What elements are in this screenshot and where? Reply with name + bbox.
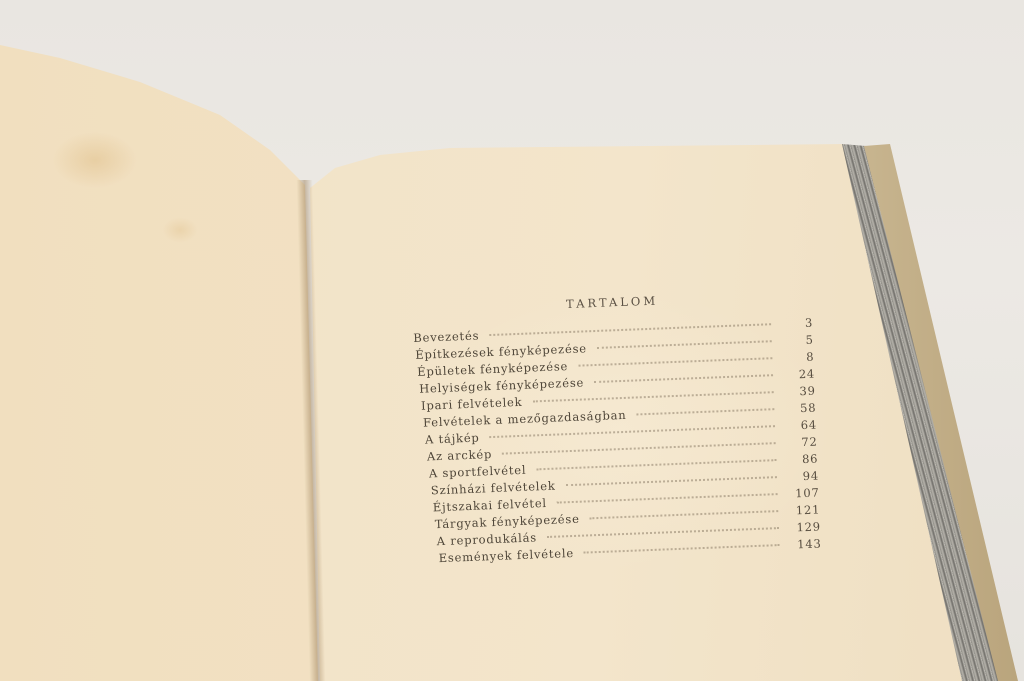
toc-entry-page: 86 — [786, 452, 819, 467]
toc-entry-page: 39 — [783, 384, 816, 399]
dot-leader — [584, 543, 780, 554]
toc-entry-label: Az arckép — [427, 447, 493, 463]
toc-entry-page: 8 — [782, 350, 815, 365]
toc-entry-page: 129 — [789, 519, 822, 534]
toc-entry-page: 58 — [784, 401, 817, 416]
toc-entry-label: A tájkép — [425, 431, 480, 447]
dot-leader — [594, 373, 773, 383]
table-of-contents: TARTALOM Bevezetés 3 Építkezések fénykép… — [412, 288, 822, 569]
dot-leader — [597, 339, 772, 349]
dot-leader — [536, 458, 776, 470]
toc-entry-label: Bevezetés — [413, 328, 479, 345]
toc-entry-label: A reprodukálás — [436, 530, 537, 548]
toc-entry-page: 94 — [787, 469, 820, 484]
toc-entry-label: A sportfelvétel — [429, 463, 527, 481]
toc-entry-label: Éjtszakai felvétel — [433, 496, 548, 514]
toc-list: Bevezetés 3 Építkezések fényképezése 5 É… — [413, 316, 822, 569]
toc-entry-page: 24 — [783, 367, 816, 382]
toc-entry-page: 121 — [788, 502, 821, 517]
dot-leader — [578, 356, 772, 366]
dot-leader — [590, 509, 779, 519]
toc-entry-page: 5 — [781, 333, 814, 348]
dot-leader — [489, 322, 771, 336]
dot-leader — [557, 492, 778, 503]
toc-entry-page: 64 — [785, 418, 818, 433]
toc-entry-page: 143 — [789, 536, 822, 551]
toc-entry-page: 72 — [785, 435, 818, 450]
toc-entry-page: 107 — [787, 485, 820, 500]
dot-leader — [566, 475, 777, 486]
toc-entry-label: Ipari felvételek — [421, 395, 523, 413]
dot-leader — [547, 526, 779, 538]
dot-leader — [636, 407, 774, 415]
toc-entry-page: 3 — [781, 316, 814, 331]
photo-scene: TARTALOM Bevezetés 3 Építkezések fénykép… — [0, 0, 1024, 681]
